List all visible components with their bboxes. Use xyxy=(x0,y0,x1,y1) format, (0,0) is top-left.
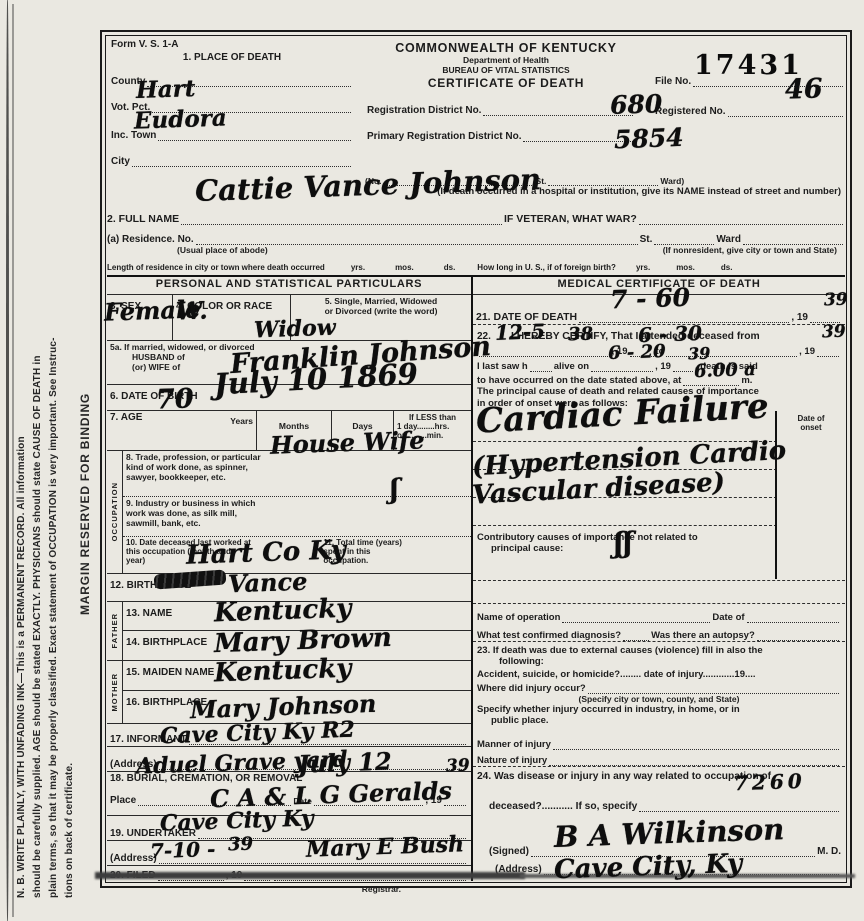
operation-row: Name of operation Date of xyxy=(473,607,845,623)
where-blank xyxy=(588,684,839,694)
registered-no-blank xyxy=(728,107,843,117)
personal-title: PERSONAL AND STATISTICAL PARTICULARS xyxy=(107,277,471,295)
primary-district-handwriting: 5854 xyxy=(614,123,685,154)
place-of-death-label: 1. PLACE OF DEATH xyxy=(111,52,353,63)
file-no-label: File No. xyxy=(655,76,691,87)
operation-label: Name of operation xyxy=(477,612,560,623)
specify-whether-2: public place. xyxy=(491,715,841,726)
dod-year-prefix: , 19 xyxy=(791,312,808,323)
veteran-blank xyxy=(639,215,843,225)
certificate-form: Form V. S. 1-A 1. PLACE OF DEATH County … xyxy=(100,30,852,888)
margin-note-line4: tions on back of certificate. xyxy=(64,763,75,898)
occurred-text: to have occurred on the date stated abov… xyxy=(477,375,681,386)
certify-to-year-handwriting: 39 xyxy=(822,322,846,343)
county-handwriting: Hart xyxy=(136,75,196,104)
veteran-label: IF VETERAN, WHAT WAR? xyxy=(504,213,637,225)
occupation-q2: deceased?........... If so, specify xyxy=(489,801,637,812)
commonwealth-title: COMMONWEALTH OF KENTUCKY xyxy=(357,41,655,55)
date-of-onset-column: Date of onset xyxy=(775,411,845,579)
margin-note-line1: N. B. WRITE PLAINLY, WITH UNFADING INK—T… xyxy=(16,436,27,898)
test-autopsy-row: What test confirmed diagnosis? Was there… xyxy=(473,623,845,642)
manner-blank xyxy=(553,740,839,750)
howlong-ds: ds. xyxy=(721,263,733,272)
scan-artifact-band xyxy=(95,872,525,879)
burial-year-handwriting: 39 xyxy=(446,756,470,777)
specify-whether-1: Specify whether injury occurred in indus… xyxy=(477,704,841,715)
occupation-vertical-label: OCCUPATION xyxy=(110,482,119,541)
howlong-mos: mos. xyxy=(676,263,695,272)
birthplace-handwriting: Hart Co Ky xyxy=(186,535,347,571)
father-birthplace-handwriting: Kentucky xyxy=(214,594,352,629)
st-blank xyxy=(548,176,658,186)
father-name-label: 13. NAME xyxy=(126,608,172,619)
registrar-signature-handwriting: Mary E Bush xyxy=(306,831,465,862)
full-name-blank xyxy=(181,215,502,225)
length-yrs: yrs. xyxy=(351,263,365,272)
residence-row: (a) Residence. No. St. Ward xyxy=(107,225,845,245)
residence-notes-row: (Usual place of abode) (If nonresident, … xyxy=(107,245,845,259)
father-name-handwriting: Vance xyxy=(228,567,308,599)
mother-vertical-label: MOTHER xyxy=(110,673,119,712)
cause-of-death-area: Date of onset Contributory causes of imp… xyxy=(473,411,845,607)
operation-date-blank xyxy=(747,613,839,623)
signed-label: (Signed) xyxy=(489,846,529,857)
department-line: Department of Health xyxy=(357,55,655,65)
trade-label-3: sawyer, bookkeeper, etc. xyxy=(126,472,468,482)
certify-to-year-blank xyxy=(817,347,839,357)
full-name-label: 2. FULL NAME xyxy=(107,213,179,225)
residence-st-blank xyxy=(654,235,714,245)
test-label: What test confirmed diagnosis? xyxy=(477,630,621,641)
occurred-time-handwriting: 6.00 a xyxy=(694,359,756,382)
race-handwriting: W. xyxy=(176,295,209,325)
industry-label-1: 9. Industry or business in which xyxy=(126,498,468,508)
city-blank xyxy=(132,157,351,167)
nonresident-note: (If nonresident, give city or town and S… xyxy=(663,245,837,259)
howlong-label: How long in U. S., if of foreign birth? xyxy=(477,263,616,272)
operation-blank xyxy=(562,613,710,623)
age-years-label: Years xyxy=(230,416,253,449)
lastsaw-year-prefix: , 19 xyxy=(655,361,671,372)
external-causes-block: 23. If death was due to external causes … xyxy=(473,642,845,734)
registered-number-handwriting: 46 xyxy=(784,73,823,105)
industry-row: 9. Industry or business in which work wa… xyxy=(123,497,471,537)
howlong-yrs: yrs. xyxy=(636,263,650,272)
manner-label: Manner of injury xyxy=(477,739,551,750)
certify-from-handwriting: 12-5 xyxy=(495,319,546,345)
father-bp-label: 14. BIRTHPLACE xyxy=(126,637,207,648)
registrar-label: Registrar. xyxy=(362,884,401,894)
certificate-title: CERTIFICATE OF DEATH xyxy=(357,76,655,90)
certify-text: I HEREBY CERTIFY, That I attended deceas… xyxy=(511,331,760,342)
onset-label-2: onset xyxy=(777,423,845,432)
onset-label-1: Date of xyxy=(777,414,845,423)
certify-from-blank xyxy=(479,347,610,357)
filed-date-handwriting: 7-10 - xyxy=(150,837,216,863)
external-label-2: following: xyxy=(499,656,841,667)
abode-note: (Usual place of abode) xyxy=(177,245,268,259)
where-label: Where did injury occur? xyxy=(477,683,586,694)
residence-label: (a) Residence. No. xyxy=(107,234,194,245)
test-blank xyxy=(623,631,649,641)
industry-mark-handwriting: ʃ xyxy=(389,474,399,505)
father-vertical-label: FATHER xyxy=(110,613,119,648)
date-of-death-handwriting: 7 - 60 xyxy=(610,283,691,315)
age-label: 7. AGE xyxy=(110,412,142,449)
certify-from-year-handwriting: 38 xyxy=(568,324,594,346)
contrib-blank-2 xyxy=(473,581,845,604)
registration-district-handwriting: 680 xyxy=(610,89,663,120)
trade-label-2: kind of work done, as spinner, xyxy=(126,462,468,472)
marital-handwriting: Widow xyxy=(254,315,337,344)
autopsy-blank xyxy=(757,631,839,641)
margin-note-line3: plain terms, so that it may be properly … xyxy=(48,337,59,898)
age-handwriting: 70 xyxy=(155,383,194,415)
mother-birthplace-handwriting: Kentucky xyxy=(214,654,352,689)
lastsaw-year-blank xyxy=(673,362,693,372)
mother-name-handwriting: Mary Brown xyxy=(214,623,393,659)
dod-year-handwriting: 39 xyxy=(824,290,848,311)
industry-label-3: sawmill, bank, etc. xyxy=(126,518,468,528)
margin-note-line2: should be carefully supplied. AGE should… xyxy=(32,355,43,898)
occupation-code-handwriting: 7260 xyxy=(734,769,806,795)
registration-district-label: Registration District No. xyxy=(367,105,481,116)
residence-ward-label: Ward xyxy=(716,234,741,245)
nature-of-injury-row: Nature of injury xyxy=(473,750,845,767)
death-certificate-scan: N. B. WRITE PLAINLY, WITH UNFADING INK—T… xyxy=(0,0,864,921)
place-of-death-block: Form V. S. 1-A 1. PLACE OF DEATH County … xyxy=(107,37,357,172)
ward-label: Ward) xyxy=(660,176,684,186)
operation-date-label: Date of xyxy=(712,612,744,623)
autopsy-label: Was there an autopsy? xyxy=(651,630,755,641)
occupation-specify-blank xyxy=(639,802,839,812)
length-mos: mos. xyxy=(395,263,414,272)
certify-to-blank xyxy=(666,347,797,357)
margin-binding-label: MARGIN RESERVED FOR BINDING xyxy=(78,393,92,615)
contrib-mark-handwriting: ʃʃ xyxy=(613,526,633,560)
page-edge-line-2 xyxy=(12,4,14,917)
mother-name-label: 15. MAIDEN NAME xyxy=(126,667,214,678)
external-label-1: 23. If death was due to external causes … xyxy=(477,645,841,656)
nature-blank xyxy=(549,756,839,766)
filed-year-handwriting: 39 xyxy=(228,834,254,856)
nature-label: Nature of injury xyxy=(477,755,547,766)
lastsaw-pronoun-blank xyxy=(530,362,552,372)
marital-label-1: 5. Single, Married, Widowed xyxy=(291,296,471,306)
burial-date-handwriting: July 12 xyxy=(298,746,393,778)
residence-no-blank xyxy=(196,235,638,245)
accident-label: Accident, suicide, or homicide?........ … xyxy=(477,669,841,680)
industry-label-2: work was done, as silk mill, xyxy=(126,508,468,518)
bureau-line: BUREAU OF VITAL STATISTICS xyxy=(357,65,655,75)
city-label: City xyxy=(111,156,130,167)
lastsaw-pre: I last saw h xyxy=(477,361,528,372)
length-label: Length of residence in city or town wher… xyxy=(107,263,325,272)
certify-to-year-prefix: , 19 xyxy=(799,346,815,357)
age-less-1: If LESS than xyxy=(397,413,468,422)
primary-district-label: Primary Registration District No. xyxy=(367,131,521,142)
trade-handwriting: House Wife xyxy=(270,425,425,459)
form-code: Form V. S. 1-A xyxy=(111,39,353,50)
registered-no-label: Registered No. xyxy=(655,106,726,117)
manner-of-injury-row: Manner of injury xyxy=(473,734,845,750)
undertaker-address-handwriting: Cave City Ky xyxy=(160,805,314,836)
length-ds: ds. xyxy=(444,263,456,272)
length-of-residence-row: Length of residence in city or town wher… xyxy=(107,259,845,275)
lastsaw-alive: alive on xyxy=(554,361,589,372)
lastsaw-date-handwriting: 6 - 20 xyxy=(608,341,666,364)
page-edge-line xyxy=(6,0,9,921)
vot-pct-handwriting: Eudora xyxy=(134,104,228,134)
md-label: M. D. xyxy=(817,846,841,857)
specify-city-note: (Specify city or town, county, and State… xyxy=(477,694,841,704)
residence-st-label: St. xyxy=(640,234,653,245)
burial-place-label: Place xyxy=(110,795,136,806)
residence-ward-blank xyxy=(743,235,843,245)
